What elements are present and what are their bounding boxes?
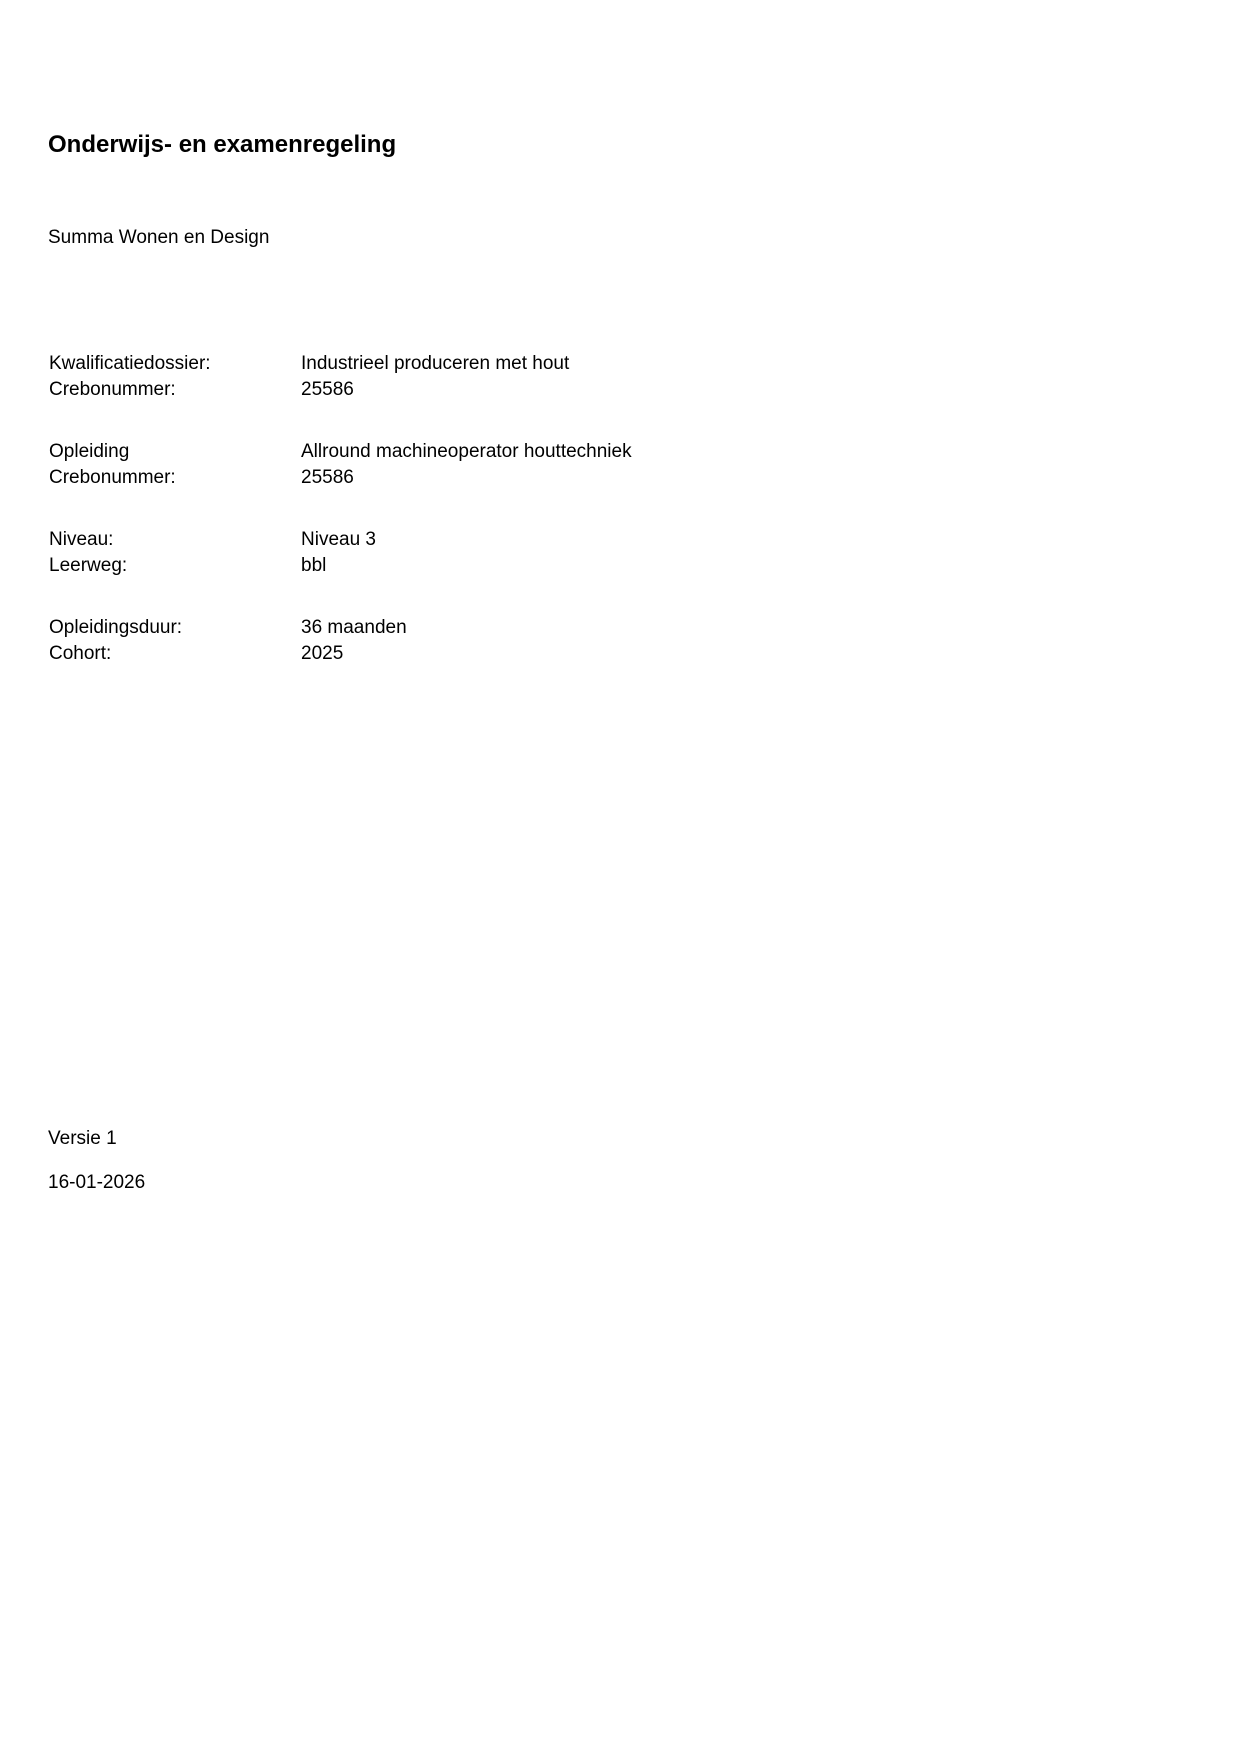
detail-value: Allround machineoperator houttechniek [301, 439, 632, 465]
organization-name: Summa Wonen en Design [48, 227, 269, 249]
spacer-row [49, 491, 632, 527]
detail-label: Crebonummer: [49, 465, 301, 491]
document-date: 16-01-2026 [48, 1172, 145, 1194]
document-page: Onderwijs- en examenregeling Summa Wonen… [0, 0, 1240, 1755]
detail-row-cohort: Cohort: 2025 [49, 641, 632, 667]
detail-row-leerweg: Leerweg: bbl [49, 553, 632, 579]
detail-label: Niveau: [49, 527, 301, 553]
detail-row-niveau: Niveau: Niveau 3 [49, 527, 632, 553]
detail-row-crebonummer-dossier: Crebonummer: 25586 [49, 377, 632, 403]
detail-value: 25586 [301, 377, 632, 403]
detail-label: Opleidingsduur: [49, 615, 301, 641]
detail-row-crebonummer-opleiding: Crebonummer: 25586 [49, 465, 632, 491]
detail-row-opleiding: Opleiding Allround machineoperator houtt… [49, 439, 632, 465]
detail-row-kwalificatiedossier: Kwalificatiedossier: Industrieel produce… [49, 351, 632, 377]
detail-label: Cohort: [49, 641, 301, 667]
detail-value: Industrieel produceren met hout [301, 351, 632, 377]
detail-value: 25586 [301, 465, 632, 491]
detail-value: Niveau 3 [301, 527, 632, 553]
detail-value: 36 maanden [301, 615, 632, 641]
detail-label: Leerweg: [49, 553, 301, 579]
detail-row-opleidingsduur: Opleidingsduur: 36 maanden [49, 615, 632, 641]
spacer-row [49, 579, 632, 615]
detail-value: 2025 [301, 641, 632, 667]
qualification-details-table: Kwalificatiedossier: Industrieel produce… [49, 351, 632, 667]
detail-value: bbl [301, 553, 632, 579]
detail-label: Kwalificatiedossier: [49, 351, 301, 377]
document-version: Versie 1 [48, 1128, 117, 1150]
spacer-row [49, 403, 632, 439]
document-title: Onderwijs- en examenregeling [48, 131, 396, 159]
detail-label: Crebonummer: [49, 377, 301, 403]
detail-label: Opleiding [49, 439, 301, 465]
